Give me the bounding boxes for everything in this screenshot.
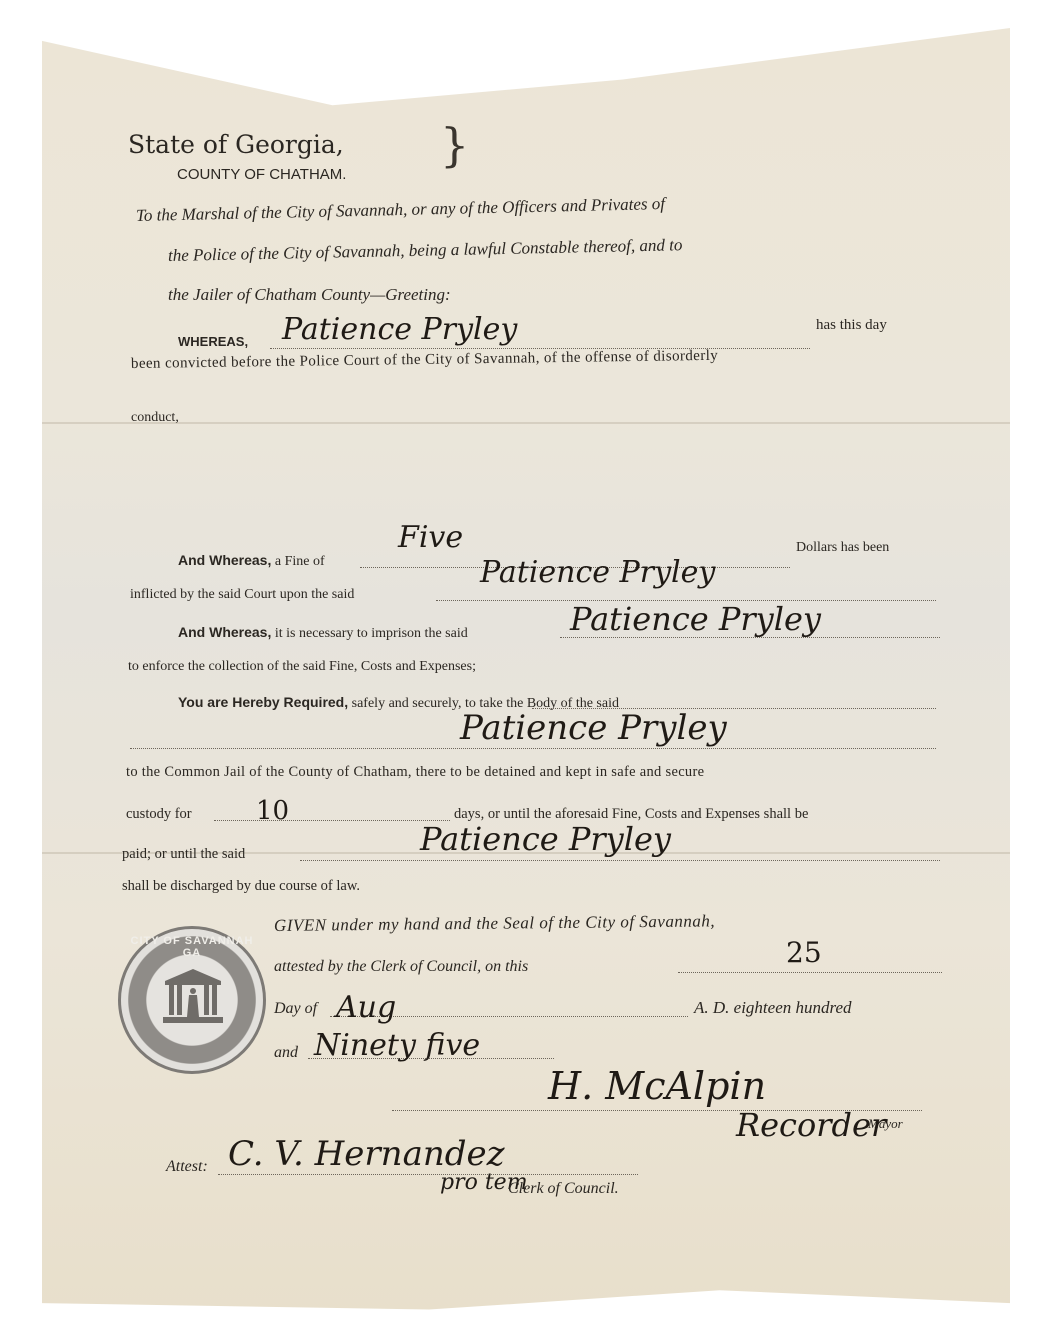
header-brace: } <box>440 122 469 168</box>
discharge-line: shall be discharged by due course of law… <box>122 878 360 895</box>
address-line-3: the Jailer of Chatham County—Greeting: <box>168 285 451 305</box>
paid-label: paid; or until the said <box>122 846 245 863</box>
paid-name-line <box>300 860 940 861</box>
whereas-suffix: has this day <box>816 317 887 334</box>
attest-label: Attest: <box>166 1158 208 1176</box>
days-line <box>214 820 450 821</box>
and-label: and <box>274 1044 298 1062</box>
fine-name-handwritten: Patience Pryley <box>480 555 715 590</box>
city-seal: CITY OF SAVANNAH GA <box>118 926 266 1074</box>
day-handwritten: 25 <box>786 936 822 969</box>
county-subtitle: COUNTY OF CHATHAM. <box>177 166 346 183</box>
fine-inflicted-line: inflicted by the said Court upon the sai… <box>130 587 354 603</box>
fine-label: And Whereas, a Fine of <box>178 552 325 570</box>
imprison-label: And Whereas, it is necessary to imprison… <box>178 624 468 642</box>
ad-label: A. D. eighteen hundred <box>694 998 852 1018</box>
attested-line: attested by the Clerk of Council, on thi… <box>274 958 528 976</box>
days-handwritten: 10 <box>256 796 289 826</box>
recorder-handwritten: Recorder <box>736 1106 886 1144</box>
paper-fold-line <box>42 422 1010 424</box>
enforce-line: to enforce the collection of the said Fi… <box>128 659 476 675</box>
offense-line: conduct, <box>131 410 179 426</box>
year-handwritten: Ninety five <box>314 1028 480 1063</box>
required-name-line <box>130 748 936 749</box>
clerk-signature: C. V. Hernandez <box>228 1134 505 1174</box>
fine-suffix: Dollars has been <box>796 540 889 556</box>
convict-name-handwritten: Patience Pryley <box>282 312 517 347</box>
whereas-label: WHEREAS, <box>178 334 248 349</box>
seal-text: CITY OF SAVANNAH GA <box>121 935 263 959</box>
convict-name-line <box>270 348 810 349</box>
month-handwritten: Aug <box>336 990 396 1025</box>
document-title: State of Georgia, <box>128 130 344 159</box>
clerk-label: Clerk of Council. <box>508 1180 619 1198</box>
custody-label: custody for <box>126 806 192 823</box>
imprison-name-handwritten: Patience Pryley <box>570 600 821 638</box>
fine-amount-handwritten: Five <box>398 520 463 555</box>
clerk-signature-line <box>218 1174 638 1175</box>
day-of-label: Day of <box>274 1000 317 1018</box>
common-jail-line: to the Common Jail of the County of Chat… <box>126 764 704 781</box>
day-line <box>678 972 942 973</box>
required-name-handwritten: Patience Pryley <box>460 708 727 748</box>
mayor-signature: H. McAlpin <box>548 1064 766 1108</box>
temple-icon <box>161 967 225 1029</box>
paid-name-handwritten: Patience Pryley <box>420 820 671 858</box>
